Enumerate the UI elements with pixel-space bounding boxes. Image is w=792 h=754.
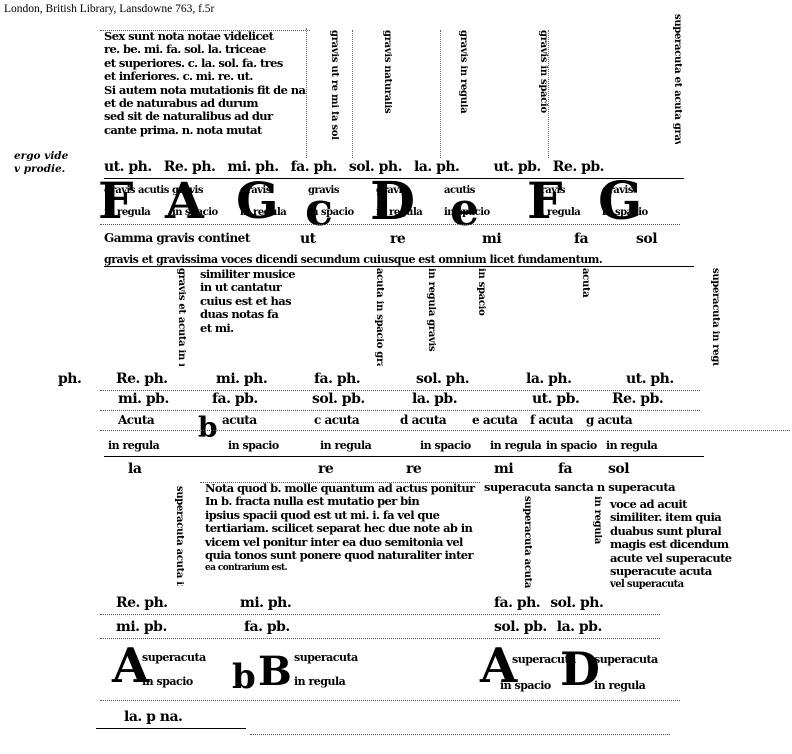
solmization-label: mi. ph. (240, 596, 291, 610)
ruling-line (100, 614, 660, 615)
top-text-block: Sex sunt nota notae videlicet re. be. mi… (104, 30, 304, 137)
vertical-text-column: superacuta et acuta gravis (610, 14, 682, 144)
solmization-label: fa. pb. (244, 620, 290, 634)
initial-label: in spacio (602, 208, 660, 218)
gamma-line: Gamma gravis continet (104, 232, 250, 244)
initial-label: gravis (376, 186, 434, 196)
syllable: mi (494, 462, 558, 476)
acuta-label: Acuta (118, 414, 198, 442)
solmization-label: fa. ph. (291, 160, 337, 174)
syllable: sol (608, 462, 629, 476)
middle-text-block: similiter musice in ut cantatur cuius es… (200, 268, 295, 335)
text-line: quia tonos sunt ponere quod naturaliter … (205, 549, 475, 562)
initial-labels-top: gravis acutis gravis gravis gravis gravi… (104, 186, 660, 196)
solmization-label: la. ph. (414, 160, 459, 174)
solmization-label: fa. ph. (314, 372, 416, 386)
initial-letter: F (527, 176, 563, 226)
spacio-label: in spacio (420, 440, 490, 451)
initial-label: gravis (602, 186, 660, 196)
text-line: et mi. (200, 322, 295, 335)
text-line: cuius est et has (200, 295, 295, 308)
acuta-label: g acuta (586, 414, 632, 442)
solmization-label: la. pb. (412, 392, 532, 406)
text-line: re. be. mi. fa. sol. la. triceae (104, 43, 304, 56)
text-line: in ut cantatur (200, 281, 295, 294)
solmization-label: mi. pb. (118, 392, 212, 406)
ruling-line (440, 30, 441, 158)
vertical-text-column: gravis naturalis (370, 30, 392, 158)
text-line: Nota quod b. molle quantum ad actus poni… (205, 482, 475, 495)
initial-label: in regula (294, 676, 345, 687)
solmization-label: la. ph. (526, 372, 626, 386)
ruling-line (100, 224, 680, 225)
text-line: ipsius spacii quod est ut mi. i. fa vel … (205, 509, 475, 522)
solmization-label: mi. ph. (216, 372, 314, 386)
initial-letter: B (258, 652, 292, 692)
initial-label: in spacio (500, 680, 551, 691)
initial-letter: b (198, 414, 222, 442)
text-line: cante prima. n. nota mutat (104, 124, 304, 137)
ruling-line (100, 700, 680, 701)
ruling-line (548, 30, 549, 158)
solmization-row: mi. pb. fa. pb. (116, 620, 290, 634)
initial-label: gravis (172, 186, 230, 196)
nota-text-block: Nota quod b. molle quantum ad actus poni… (205, 482, 475, 576)
initial-letter: A (165, 176, 204, 226)
text-line: In b. fracta nulla est mutatio per bin (205, 495, 475, 508)
text-line: magis est dicendum (610, 538, 732, 551)
vertical-text-column: gravis in spacio (520, 30, 548, 158)
text-line: vicem vel ponitur inter ea duo semitonia… (205, 536, 475, 549)
spacio-label: in regula (490, 440, 546, 451)
initial-label: in regula (104, 208, 162, 218)
vertical-text-column: in regula (568, 496, 602, 588)
right-block-header: superacuta sancta n superacuta (484, 482, 675, 494)
solmization-label: ph. (58, 372, 116, 386)
ruling-line (250, 734, 670, 735)
syllable: sol (636, 232, 657, 246)
text-line: Si autem nota mutationis fit de na (104, 84, 304, 97)
margin-note-line: ergo vide (14, 150, 68, 163)
solmization-label: sol. ph. (550, 596, 603, 610)
syllables-row: ut re mi fa sol (300, 232, 657, 246)
last-line: la. p na. (124, 710, 182, 724)
solmization-label: Re. ph. (116, 596, 240, 610)
solmization-label: sol. ph. (416, 372, 526, 386)
syllable: fa (574, 232, 636, 246)
initial-labels-bottom: in regula in spacio in regula in spacio … (104, 208, 660, 218)
folio-caption: London, British Library, Lansdowne 763, … (4, 3, 214, 15)
solmization-label: sol. pb. (312, 392, 412, 406)
text-line: Sex sunt nota notae videlicet (104, 30, 304, 43)
vertical-text-column: in regula gravis (400, 268, 436, 366)
initial-letter: F (98, 176, 134, 226)
initial-letter: G (598, 176, 642, 228)
syllable: re (318, 462, 406, 476)
spacio-label: in regula (108, 440, 228, 451)
solmization-label: Re. pb. (612, 392, 663, 406)
initial-label: in regula (376, 208, 434, 218)
initial-letter: G (236, 176, 279, 226)
solmization-label: ut. ph. (626, 372, 674, 386)
initial-label: gravis (240, 186, 298, 196)
right-text-block: voce ad acuit similiter. item quia duabu… (610, 498, 732, 592)
syllables-row: la re re mi fa sol (128, 462, 629, 476)
acuta-label: e acuta (472, 414, 530, 442)
solmization-row: fa. ph. sol. ph. (494, 596, 603, 610)
text-line: et superiores. c. la. sol. fa. tres (104, 57, 304, 70)
vertical-text-column: superacuta acuta in regula (104, 486, 184, 586)
ruling-line (100, 390, 700, 391)
initial-label: in spacio (444, 208, 524, 218)
spacio-row: in regula in spacio in regula in spacio … (108, 440, 657, 451)
solmization-label: Re. ph. (116, 372, 216, 386)
text-line: similiter. item quia (610, 511, 732, 524)
syllable: ut (300, 232, 390, 246)
vertical-text-column: superacuta in regula acuta (622, 268, 720, 366)
ruling-line (100, 430, 790, 431)
acuta-label: c acuta (314, 414, 400, 442)
ruling-line (200, 482, 480, 483)
initial-label: gravis (534, 186, 592, 196)
text-line: acute vel superacute (610, 552, 732, 565)
text-line: duabus sunt plural (610, 525, 732, 538)
ruling-line (104, 266, 694, 267)
initial-letter: D (370, 176, 415, 228)
vertical-text-column: acuta in spacio gravis (290, 268, 384, 366)
syllable: re (406, 462, 494, 476)
text-line: et inferiores. c. mi. re. ut. (104, 70, 304, 83)
spacio-label: in regula (320, 440, 420, 451)
vertical-text-column: gravis et acuta in regula (104, 268, 186, 366)
initial-label: in spacio (142, 676, 193, 687)
ruling-line (100, 30, 310, 31)
initial-label: in spacio (308, 208, 366, 218)
text-line: superacute acuta (610, 565, 732, 578)
acuta-label: acuta (222, 414, 314, 442)
text-line: et de naturabus ad durum (104, 97, 304, 110)
initial-label: superacuta (594, 654, 658, 665)
ruling-line (104, 456, 704, 457)
solmization-label: sol. pb. (494, 620, 547, 634)
solmization-row: Re. ph. mi. ph. (116, 596, 291, 610)
initial-letter: b (232, 660, 256, 694)
solmization-row: sol. pb. la. pb. (494, 620, 602, 634)
initial-label: in spacio (172, 208, 230, 218)
initial-label: in regula (534, 208, 592, 218)
solmization-label: fa. pb. (212, 392, 312, 406)
vertical-text-column: in spacio (460, 268, 486, 366)
spacio-label: in spacio (228, 440, 320, 451)
solmization-row: mi. pb. fa. pb. sol. pb. la. pb. ut. pb.… (118, 392, 663, 406)
initial-label: gravis (308, 186, 366, 196)
syllable: la (128, 462, 318, 476)
spacio-label: in spacio (546, 440, 606, 451)
solmization-label: ut. pb. (532, 392, 612, 406)
solmization-label: la. pb. (557, 620, 602, 634)
text-line: ea contrarium est. (205, 562, 475, 575)
solmization-row: ph. Re. ph. mi. ph. fa. ph. sol. ph. la.… (58, 372, 674, 386)
syllable: re (390, 232, 482, 246)
ruling-line (100, 410, 700, 411)
acuta-row: Acuta b acuta c acuta d acuta e acuta f … (118, 414, 632, 442)
text-line: duas notas fa (200, 308, 295, 321)
acuta-label: f acuta (530, 414, 586, 442)
solmization-label: fa. ph. (494, 596, 540, 610)
initial-label: in regula (240, 208, 298, 218)
long-text-line: gravis et gravissima voces dicendi secun… (104, 254, 602, 265)
initial-label: superacuta (142, 652, 206, 663)
margin-note-line: v prodie. (14, 163, 68, 176)
vertical-text-column: gravis ut re mi fa sol (305, 30, 339, 158)
vertical-text-column: acuta (568, 268, 590, 366)
syllable: fa (558, 462, 608, 476)
margin-note: ergo vide v prodie. (14, 150, 68, 176)
initial-label: superacuta (294, 652, 358, 663)
text-line: tertiariam. scilicet separat hec due not… (205, 522, 475, 535)
ruling-line (100, 638, 660, 639)
text-line: sed sit de naturalibus ad dur (104, 110, 304, 123)
initial-label: in regula (594, 680, 645, 691)
text-line: voce ad acuit (610, 498, 732, 511)
acuta-label: d acuta (400, 414, 472, 442)
ruling-line (96, 728, 246, 729)
text-line: similiter musice (200, 268, 295, 281)
solmization-label: mi. pb. (116, 620, 244, 634)
syllable: mi (482, 232, 574, 246)
spacio-label: in regula (606, 440, 657, 451)
ruling-line (352, 30, 353, 158)
initial-label: gravis acutis (104, 186, 162, 196)
vertical-text-column: superacuta acuta (484, 496, 532, 588)
text-line: vel superacuta (610, 578, 732, 591)
initial-label: acutis (444, 186, 524, 196)
